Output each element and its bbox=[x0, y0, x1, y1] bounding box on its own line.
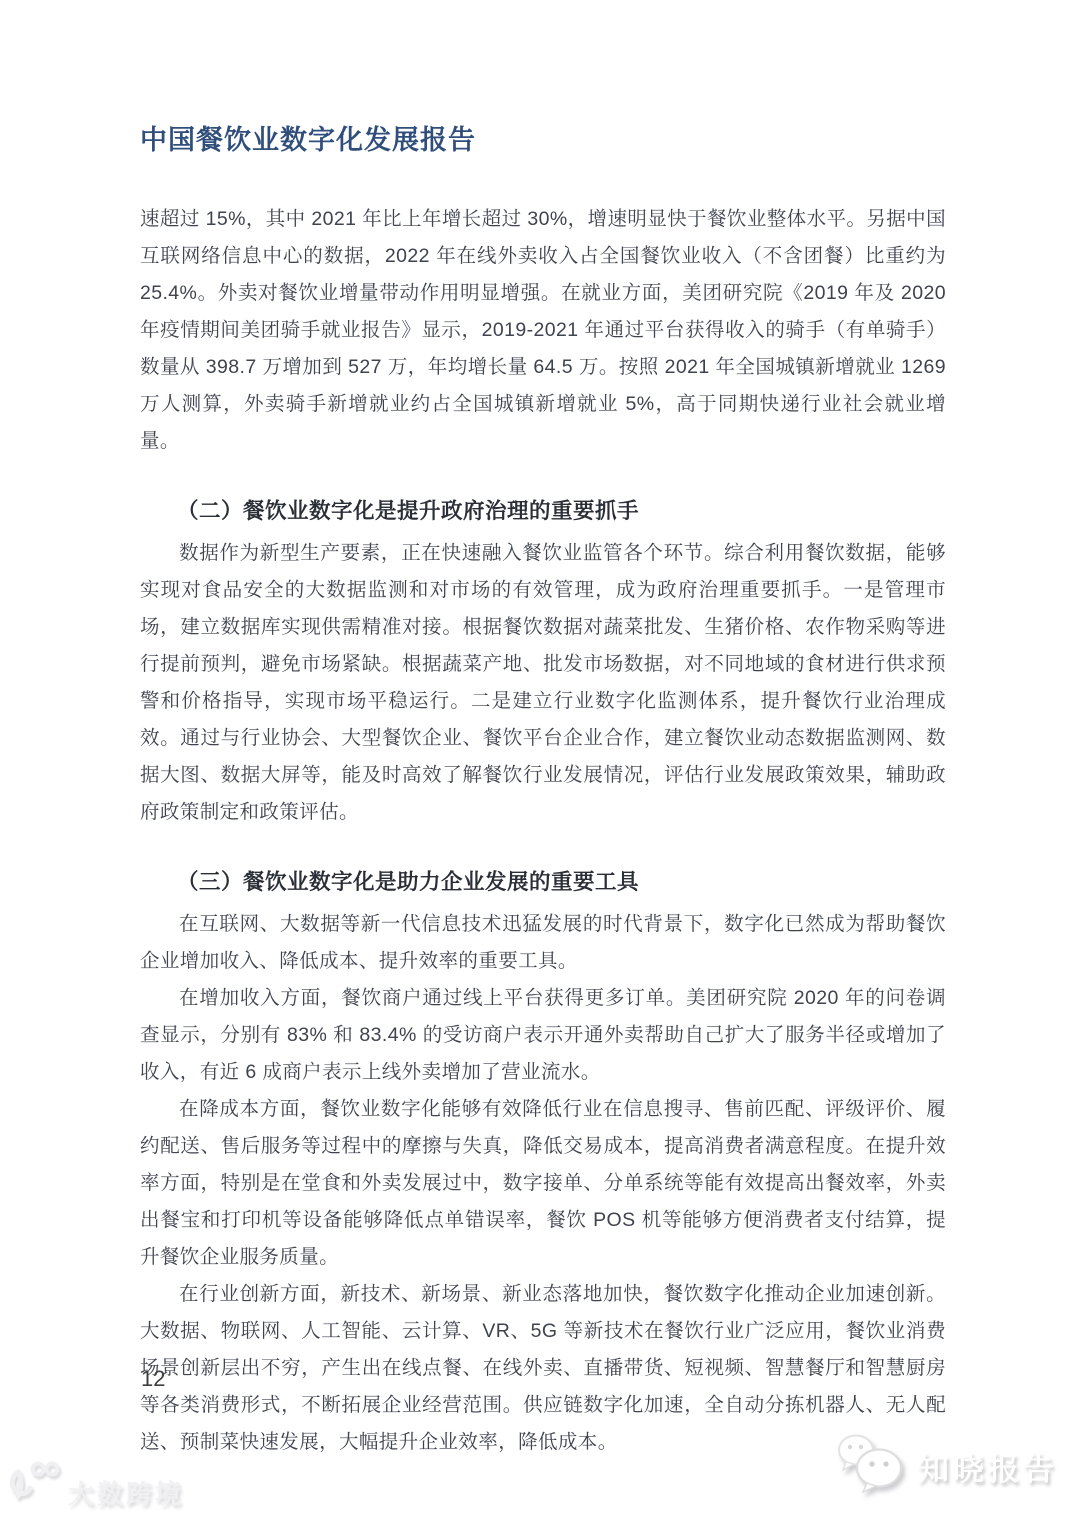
wechat-bubbles-icon bbox=[834, 1430, 908, 1502]
paragraph-section3-innovation: 在行业创新方面，新技术、新场景、新业态落地加快，餐饮数字化推动企业加速创新。大数… bbox=[140, 1276, 946, 1461]
paragraph-section2: 数据作为新型生产要素，正在快速融入餐饮业监管各个环节。综合利用餐饮数据，能够实现… bbox=[140, 535, 946, 831]
watermark-right-label: 知晓报告 bbox=[918, 1444, 1058, 1489]
watermark-zhixiaobaogao: 知晓报告 bbox=[834, 1430, 1058, 1502]
watermark-dashukuajing: 大数跨境 bbox=[8, 1458, 184, 1511]
dashukuajing-logo-icon bbox=[8, 1458, 60, 1511]
section-heading-2: （二）餐饮业数字化是提升政府治理的重要抓手 bbox=[140, 494, 946, 528]
page-content: 中国餐饮业数字化发展报告 速超过 15%，其中 2021 年比上年增长超过 30… bbox=[140, 0, 946, 1461]
watermark-left-label: 大数跨境 bbox=[68, 1474, 184, 1511]
paragraph-section3-cost: 在降成本方面，餐饮业数字化能够有效降低行业在信息搜寻、售前匹配、评级评价、履约配… bbox=[140, 1091, 946, 1276]
page-number: 12 bbox=[141, 1366, 165, 1392]
section-heading-3: （三）餐饮业数字化是助力企业发展的重要工具 bbox=[140, 865, 946, 899]
report-page: 中国餐饮业数字化发展报告 速超过 15%，其中 2021 年比上年增长超过 30… bbox=[0, 0, 1080, 1515]
page-title: 中国餐饮业数字化发展报告 bbox=[140, 118, 946, 157]
paragraph-section3-intro: 在互联网、大数据等新一代信息技术迅猛发展的时代背景下，数字化已然成为帮助餐饮企业… bbox=[140, 906, 946, 980]
paragraph-continuation: 速超过 15%，其中 2021 年比上年增长超过 30%，增速明显快于餐饮业整体… bbox=[140, 201, 946, 460]
paragraph-section3-income: 在增加收入方面，餐饮商户通过线上平台获得更多订单。美团研究院 2020 年的问卷… bbox=[140, 980, 946, 1091]
